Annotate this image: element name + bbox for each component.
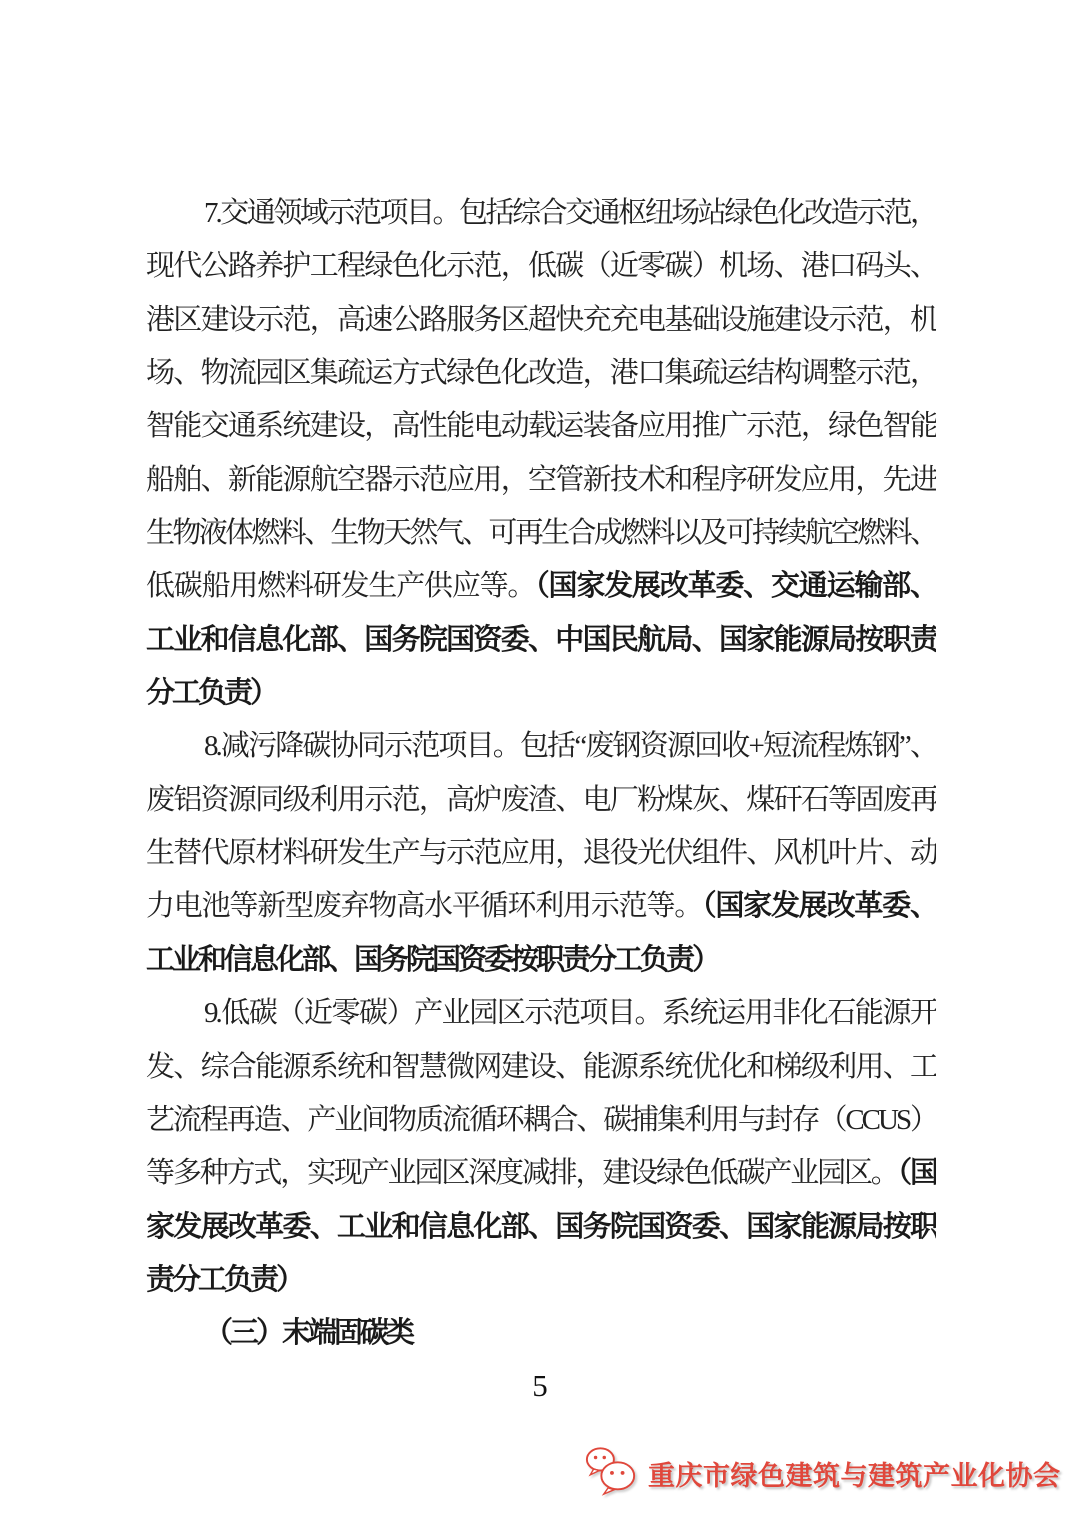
text-segment-normal: 力电池等新型废弃物高水平循环利用示范等。 (146, 890, 702, 922)
text-segment-bold: （三）末端固碳类 (204, 1317, 412, 1349)
text-line-4: 智能交通系统建设，高性能电动载运装备应用推广示范，绿色智能 (146, 400, 936, 453)
page-number: 5 (0, 1366, 1080, 1406)
document-body: 7.交通领域示范项目。包括综合交通枢纽场站绿色化改造示范，现代公路养护工程绿色化… (146, 187, 936, 1361)
text-line-3: 场、物流园区集疏运方式绿色化改造，港口集疏运结构调整示范， (146, 347, 936, 400)
text-segment-bold: （国 (898, 1157, 936, 1189)
text-segment-bold: 工业和信息化部、国务院国资委按职责分工负责） (146, 944, 718, 976)
text-line-5: 船舶、新能源航空器示范应用，空管新技术和程序研发应用，先进 (146, 454, 936, 507)
text-segment-normal: 发、综合能源系统和智慧微网建设、能源系统优化和梯级利用、工 (146, 1051, 936, 1083)
text-line-7: 低碳船用燃料研发生产供应等。（国家发展改革委、交通运输部、 (146, 560, 936, 613)
text-segment-normal: 船舶、新能源航空器示范应用，空管新技术和程序研发应用，先进 (146, 464, 936, 496)
text-line-0: 7.交通领域示范项目。包括综合交通枢纽场站绿色化改造示范， (146, 187, 936, 240)
text-line-17: 艺流程再造、产业间物质流循环耦合、碳捕集利用与封存（CCUS） (146, 1094, 936, 1147)
text-segment-normal: 废铝资源同级利用示范，高炉废渣、电厂粉煤灰、煤矸石等固废再 (146, 784, 936, 816)
text-segment-normal: 场、物流园区集疏运方式绿色化改造，港口集疏运结构调整示范， (146, 357, 936, 389)
text-line-20: 责分工负责） (146, 1254, 936, 1307)
text-segment-bold: 工业和信息化部、国务院国资委、中国民航局、国家能源局按职责 (146, 624, 936, 656)
text-segment-bold: 分工负责） (146, 677, 276, 709)
text-segment-normal: 7.交通领域示范项目。包括综合交通枢纽场站绿色化改造示范， (204, 197, 936, 229)
footer-org-name: 重庆市绿色建筑与建筑产业化协会 (648, 1454, 1061, 1493)
text-line-8: 工业和信息化部、国务院国资委、中国民航局、国家能源局按职责 (146, 614, 936, 667)
text-line-11: 废铝资源同级利用示范，高炉废渣、电厂粉煤灰、煤矸石等固废再 (146, 774, 936, 827)
text-segment-normal: 9.低碳（近零碳）产业园区示范项目。系统运用非化石能源开 (204, 997, 936, 1029)
text-segment-bold: （国家发展改革委、交通运输部、 (535, 570, 936, 602)
text-line-6: 生物液体燃料、生物天然气、可再生合成燃料以及可持续航空燃料、 (146, 507, 936, 560)
text-segment-normal: 港区建设示范，高速公路服务区超快充充电基础设施建设示范，机 (146, 304, 936, 336)
text-segment-normal: 生物液体燃料、生物天然气、可再生合成燃料以及可持续航空燃料、 (146, 517, 936, 549)
text-line-15: 9.低碳（近零碳）产业园区示范项目。系统运用非化石能源开 (146, 987, 936, 1040)
text-segment-bold: 家发展改革委、工业和信息化部、国务院国资委、国家能源局按职 (146, 1211, 936, 1243)
footer-watermark: 重庆市绿色建筑与建筑产业化协会 (584, 1444, 1061, 1502)
text-segment-normal: 低碳船用燃料研发生产供应等。 (146, 570, 535, 602)
text-segment-normal: 等多种方式，实现产业园区深度减排，建设绿色低碳产业园区。 (146, 1157, 898, 1189)
text-line-21: （三）末端固碳类 (146, 1307, 936, 1360)
text-line-13: 力电池等新型废弃物高水平循环利用示范等。（国家发展改革委、 (146, 880, 936, 933)
text-line-12: 生替代原材料研发生产与示范应用，退役光伏组件、风机叶片、动 (146, 827, 936, 880)
text-line-16: 发、综合能源系统和智慧微网建设、能源系统优化和梯级利用、工 (146, 1041, 936, 1094)
text-segment-bold: 责分工负责） (146, 1264, 302, 1296)
text-segment-normal: 8.减污降碳协同示范项目。包括“废钢资源回收+短流程炼钢”、 (204, 730, 936, 762)
text-segment-normal: 现代公路养护工程绿色化示范，低碳（近零碳）机场、港口码头、 (146, 250, 936, 282)
text-line-18: 等多种方式，实现产业园区深度减排，建设绿色低碳产业园区。（国 (146, 1147, 936, 1200)
wechat-logo-icon (584, 1443, 638, 1504)
text-line-14: 工业和信息化部、国务院国资委按职责分工负责） (146, 934, 936, 987)
text-line-1: 现代公路养护工程绿色化示范，低碳（近零碳）机场、港口码头、 (146, 240, 936, 293)
text-segment-bold: （国家发展改革委、 (702, 890, 936, 922)
text-line-19: 家发展改革委、工业和信息化部、国务院国资委、国家能源局按职 (146, 1201, 936, 1254)
document-page: { "page": { "background": "#ffffff", "pa… (0, 0, 1080, 1527)
text-line-9: 分工负责） (146, 667, 936, 720)
text-segment-normal: 艺流程再造、产业间物质流循环耦合、碳捕集利用与封存（CCUS） (146, 1104, 936, 1136)
text-segment-normal: 生替代原材料研发生产与示范应用，退役光伏组件、风机叶片、动 (146, 837, 936, 869)
text-segment-normal: 智能交通系统建设，高性能电动载运装备应用推广示范，绿色智能 (146, 410, 936, 442)
text-line-10: 8.减污降碳协同示范项目。包括“废钢资源回收+短流程炼钢”、 (146, 720, 936, 773)
text-line-2: 港区建设示范，高速公路服务区超快充充电基础设施建设示范，机 (146, 294, 936, 347)
